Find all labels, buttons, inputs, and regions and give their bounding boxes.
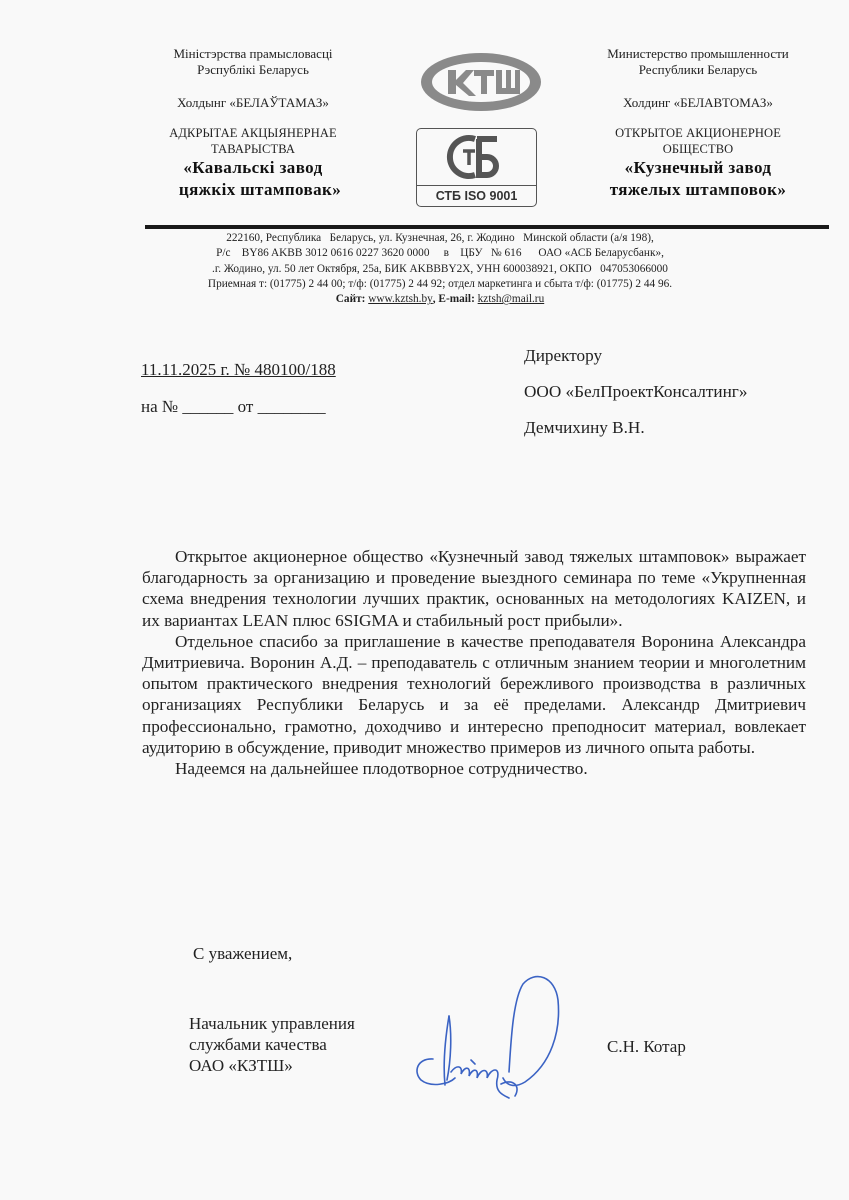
website-link[interactable]: www.kztsh.by [368, 293, 433, 305]
addressee-position: Директору [524, 338, 747, 374]
address-line: 222160, Республика Беларусь, ул. Кузнечн… [140, 231, 740, 246]
body-paragraph-1: Открытое акционерное общество «Кузнечный… [142, 546, 806, 631]
addressee-name: Демчихину В.Н. [524, 410, 747, 446]
ktsh-logo-icon [418, 50, 544, 114]
addressee-organization: ООО «БелПроектКонсалтинг» [524, 374, 747, 410]
phones-line: Приемная т: (01775) 2 44 00; т/ф: (01775… [140, 277, 740, 292]
email-link[interactable]: kztsh@mail.ru [478, 293, 545, 305]
incoming-reference-line: на № ______ от ________ [141, 397, 326, 417]
stb-mark-icon [417, 129, 536, 185]
iso-certification-badge: СТБ ISO 9001 [416, 128, 537, 207]
closing-phrase: С уважением, [193, 943, 292, 964]
ministry-name-by: Міністэрства прамысловасці Рэспублікі Бе… [128, 46, 378, 78]
contacts-line: Сайт: www.kztsh.by, E-mail: kztsh@mail.r… [140, 292, 740, 307]
letter-body: Открытое акционерное общество «Кузнечный… [142, 546, 806, 779]
company-requisites: 222160, Республика Беларусь, ул. Кузнечн… [140, 231, 740, 307]
org-type-by: АДКРЫТАЕ АКЦЫЯНЕРНАЕ ТАВАРЫСТВА [128, 125, 378, 157]
holding-name-ru: Холдинг «БЕЛАВТОМАЗ» [573, 95, 823, 111]
signer-title: Начальник управления службами качества О… [189, 1013, 355, 1076]
handwritten-signature [405, 960, 605, 1100]
org-type-ru: ОТКРЫТОЕ АКЦИОНЕРНОЕ ОБЩЕСТВО [573, 125, 823, 157]
company-name-by: «Кавальскі завод цяжкіх штамповак» [128, 157, 378, 201]
letterhead-divider [145, 225, 829, 229]
body-paragraph-3: Надеемся на дальнейшее плодотворное сотр… [142, 758, 806, 779]
site-label: Сайт: [336, 293, 366, 305]
letterhead-right: Министерство промышленности Республики Б… [573, 46, 823, 201]
company-logo [418, 50, 544, 114]
addressee-block: Директору ООО «БелПроектКонсалтинг» Демч… [524, 338, 747, 446]
ministry-name-ru: Министерство промышленности Республики Б… [573, 46, 823, 78]
body-paragraph-2: Отдельное спасибо за приглашение в качес… [142, 631, 806, 758]
company-name-ru: «Кузнечный завод тяжелых штамповок» [573, 157, 823, 201]
email-label: , E-mail: [433, 293, 475, 305]
holding-name-by: Холдынг «БЕЛАЎТАМАЗ» [128, 95, 378, 111]
bank-account-line: Р/с BY86 AKBB 3012 0616 0227 3620 0000 в… [140, 246, 740, 261]
signer-name: С.Н. Котар [607, 1036, 686, 1057]
outgoing-reference-number: 11.11.2025 г. № 480100/188 [141, 360, 336, 380]
bank-details-line: .г. Жодино, ул. 50 лет Октября, 25а, БИК… [140, 262, 740, 277]
signature-icon [405, 960, 605, 1100]
iso-standard-label: СТБ ISO 9001 [417, 185, 536, 206]
letterhead-left: Міністэрства прамысловасці Рэспублікі Бе… [128, 46, 378, 201]
